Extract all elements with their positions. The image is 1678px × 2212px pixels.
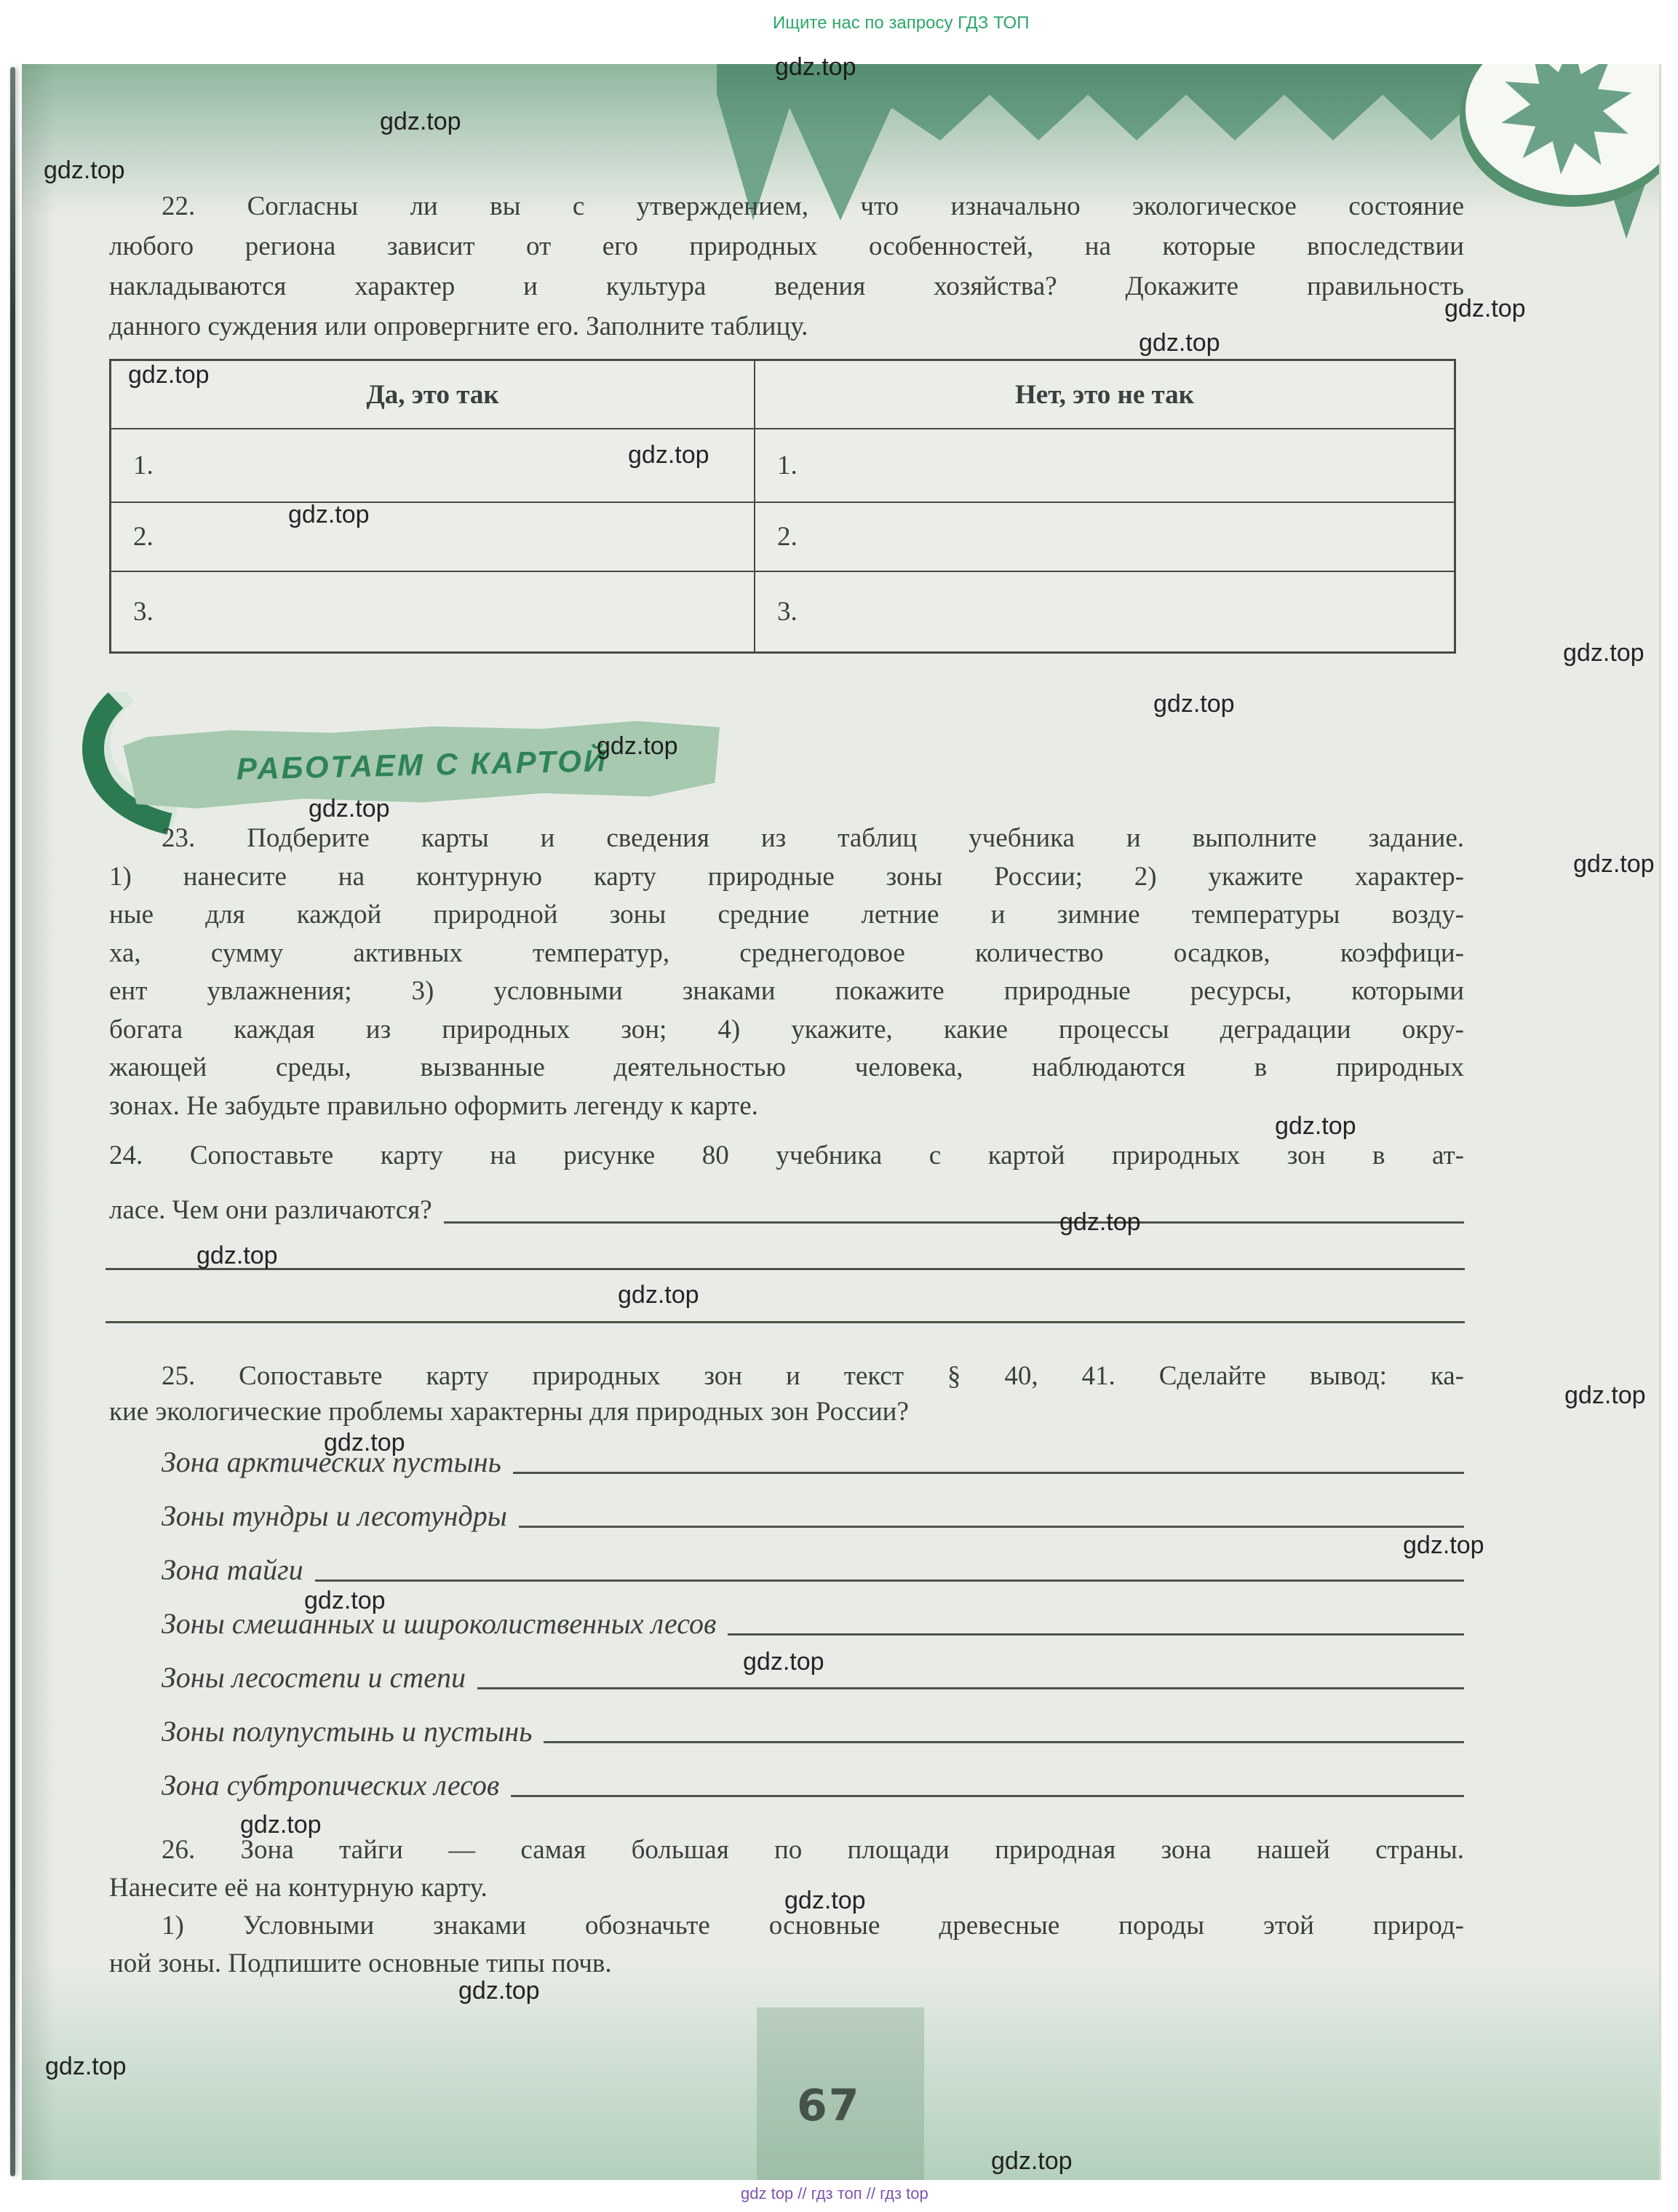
- text-line: жающей среды, вызванные деятельностью че…: [109, 1049, 1464, 1087]
- spine-shadow: [22, 64, 55, 2180]
- search-notice: Ищите нас по запросу ГДЗ ТОП: [773, 13, 1029, 33]
- answer-line: [519, 1526, 1464, 1528]
- question-24-line1: 24. Сопоставьте карту на рисунке 80 учеб…: [109, 1135, 1464, 1176]
- text-line: ент увлажнения; 3) условными знаками пок…: [109, 972, 1464, 1011]
- zone-label: Зона субтропических лесов: [162, 1768, 499, 1803]
- site-watermark: gdz.top: [1275, 1112, 1356, 1141]
- bottom-white-strip: gdz top // гдз топ // гдз top: [0, 2180, 1678, 2212]
- answer-line: [513, 1472, 1464, 1474]
- zone-label: Зоны смешанных и широколиственных лесов: [162, 1606, 716, 1641]
- site-watermark: gdz.top: [45, 2053, 127, 2081]
- answer-line: [511, 1795, 1464, 1797]
- site-watermark: gdz.top: [458, 1977, 540, 2005]
- site-watermark: gdz.top: [597, 732, 678, 761]
- zone-label: Зона тайги: [162, 1553, 303, 1587]
- page-number: 67: [797, 2080, 861, 2131]
- text-line: ха, сумму активных температур, среднегод…: [109, 935, 1464, 973]
- question-23: 23. Подберите карты и сведения из таблиц…: [109, 820, 1464, 1125]
- book-page: 22. Согласны ли вы с утверждением, что и…: [22, 64, 1661, 2182]
- text-line: данного суждения или опровергните его. З…: [109, 306, 1464, 346]
- site-watermark: gdz.top: [324, 1429, 405, 1457]
- site-watermark: gdz.top: [1573, 850, 1655, 879]
- answer-line: [544, 1741, 1464, 1743]
- text-line: 25. Сопоставьте карту природных зон и те…: [109, 1358, 1464, 1394]
- footer-site-line: gdz top // гдз топ // гдз top: [741, 2184, 929, 2203]
- zone-row: Зоны тундры и лесотундры: [162, 1499, 1464, 1534]
- table-cell: 1.: [755, 429, 1454, 503]
- site-watermark: gdz.top: [991, 2147, 1073, 2176]
- text-line: 1) нанесите на контурную карту природные…: [109, 858, 1464, 897]
- site-watermark: gdz.top: [288, 501, 370, 529]
- zone-label: Зоны лесостепи и степи: [162, 1660, 466, 1695]
- site-watermark: gdz.top: [618, 1281, 699, 1309]
- table-cell: 2.: [755, 503, 1454, 572]
- question-25: 25. Сопоставьте карту природных зон и те…: [109, 1358, 1464, 1430]
- table-cell: 3.: [111, 572, 755, 651]
- site-watermark: gdz.top: [1563, 639, 1645, 667]
- site-watermark: gdz.top: [380, 108, 461, 136]
- answer-line: [315, 1579, 1464, 1582]
- table-cell: 2.: [111, 503, 755, 572]
- zone-row: Зона тайги: [162, 1553, 1464, 1587]
- text-line: кие экологические проблемы характерны дл…: [109, 1394, 1464, 1430]
- section-banner-label: РАБОТАЕМ С КАРТОЙ: [236, 743, 608, 787]
- site-watermark: gdz.top: [309, 795, 390, 823]
- table-header-no: Нет, это не так: [755, 361, 1454, 429]
- text-line: накладываются характер и культура ведени…: [109, 266, 1464, 306]
- site-watermark: gdz.top: [1564, 1381, 1646, 1410]
- text-line: ной зоны. Подпишите основные типы почв.: [109, 1945, 1464, 1983]
- star-icon: [1498, 64, 1636, 177]
- zone-row: Зоны полупустынь и пустынь: [162, 1714, 1464, 1749]
- table-cell: 3.: [755, 572, 1454, 651]
- site-watermark: gdz.top: [1153, 690, 1235, 718]
- site-watermark: gdz.top: [196, 1242, 278, 1270]
- answer-line: [444, 1221, 1464, 1224]
- site-watermark: gdz.top: [128, 361, 210, 389]
- text-line: 22. Согласны ли вы с утверждением, что и…: [109, 186, 1464, 226]
- answer-line: [106, 1268, 1465, 1270]
- zone-label: Зоны полупустынь и пустынь: [162, 1714, 532, 1749]
- site-watermark: gdz.top: [1059, 1208, 1141, 1237]
- site-watermark: gdz.top: [1403, 1531, 1484, 1560]
- answer-line: [106, 1321, 1465, 1323]
- text-line: любого региона зависит от его природных …: [109, 226, 1464, 266]
- site-watermark: gdz.top: [1444, 295, 1526, 323]
- scanned-workbook-page: Ищите нас по запросу ГДЗ ТОП 22. Согласн…: [0, 0, 1678, 2212]
- site-watermark: gdz.top: [1139, 329, 1220, 357]
- site-watermark: gdz.top: [784, 1887, 866, 1915]
- site-watermark: gdz.top: [628, 441, 709, 469]
- zone-label: Зоны тундры и лесотундры: [162, 1499, 507, 1534]
- answer-line: [477, 1687, 1464, 1689]
- answer-line: [728, 1633, 1464, 1636]
- text-line: 23. Подберите карты и сведения из таблиц…: [109, 820, 1464, 858]
- site-watermark: gdz.top: [44, 156, 125, 185]
- site-watermark: gdz.top: [240, 1811, 322, 1839]
- question-22: 22. Согласны ли вы с утверждением, что и…: [109, 186, 1464, 346]
- text-line: зонах. Не забудьте правильно оформить ле…: [109, 1087, 1464, 1126]
- site-watermark: gdz.top: [743, 1648, 824, 1676]
- text-line: ласе. Чем они различаются?: [109, 1190, 432, 1230]
- text-line: ные для каждой природной зоны средние ле…: [109, 896, 1464, 935]
- text-line: богата каждая из природных зон; 4) укажи…: [109, 1011, 1464, 1050]
- question-24-line2: ласе. Чем они различаются?: [109, 1190, 1464, 1230]
- zone-row: Зона субтропических лесов: [162, 1768, 1464, 1803]
- book-spine-line: [10, 67, 15, 2176]
- site-watermark: gdz.top: [304, 1587, 386, 1615]
- site-watermark: gdz.top: [775, 53, 856, 82]
